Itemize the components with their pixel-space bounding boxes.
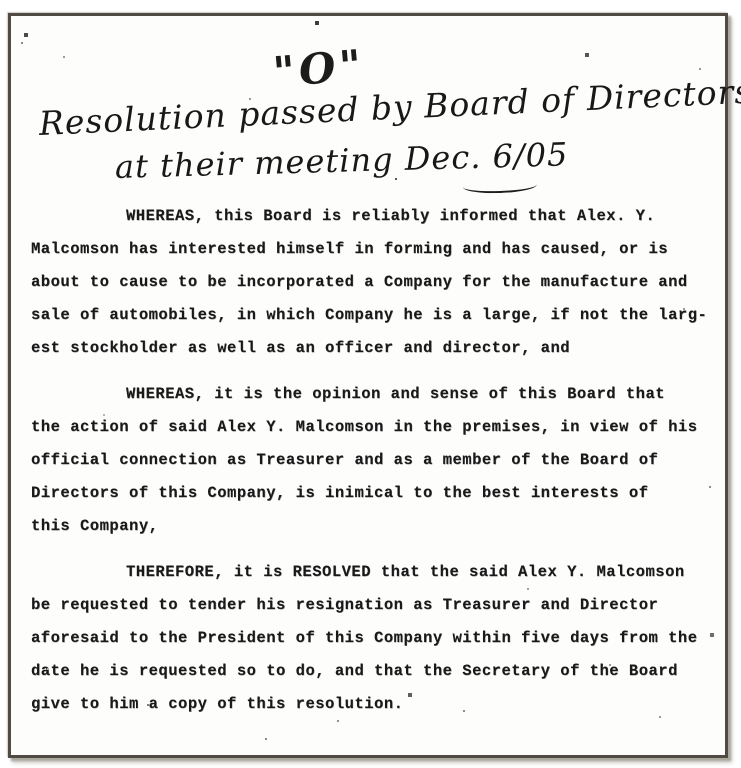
scan-border-frame: "O" Resolution passed by Board of Direct… (8, 13, 728, 758)
paragraph-whereas-1: WHEREAS, this Board is reliably informed… (31, 200, 723, 365)
typed-line: official connection as Treasurer and as … (31, 444, 723, 477)
typed-line: about to cause to be incorporated a Comp… (31, 266, 723, 299)
typed-line: aforesaid to the President of this Compa… (31, 622, 723, 655)
paragraph-whereas-2: WHEREAS, it is the opinion and sense of … (31, 378, 723, 543)
typed-line: Malcomson has interested himself in form… (31, 233, 723, 266)
handwritten-note-line1: Resolution passed by Board of Directors (38, 72, 741, 143)
typed-line: sale of automobiles, in which Company he… (31, 299, 723, 332)
typed-line: WHEREAS, this Board is reliably informed… (31, 200, 723, 233)
typed-line: give to him a copy of this resolution. (31, 688, 723, 721)
typed-line: the action of said Alex Y. Malcomson in … (31, 411, 723, 444)
typed-line: be requested to tender his resignation a… (31, 589, 723, 622)
scan-noise-specks (11, 16, 13, 18)
scanned-document-page: "O" Resolution passed by Board of Direct… (0, 0, 741, 768)
resolution-body: WHEREAS, this Board is reliably informed… (31, 200, 723, 734)
typed-line: THEREFORE, it is RESOLVED that the said … (31, 556, 723, 589)
paragraph-therefore-resolved: THEREFORE, it is RESOLVED that the said … (31, 556, 723, 721)
typed-line: Directors of this Company, is inimical t… (31, 477, 723, 510)
typed-line: date he is requested so to do, and that … (31, 655, 723, 688)
typed-line: est stockholder as well as an officer an… (31, 332, 723, 365)
date-underline (463, 183, 537, 195)
typed-line: this Company, (31, 510, 723, 543)
handwritten-note-line2: at their meeting Dec. 6/05 (114, 135, 568, 186)
exhibit-label: "O" (271, 40, 367, 97)
typed-line: WHEREAS, it is the opinion and sense of … (31, 378, 723, 411)
